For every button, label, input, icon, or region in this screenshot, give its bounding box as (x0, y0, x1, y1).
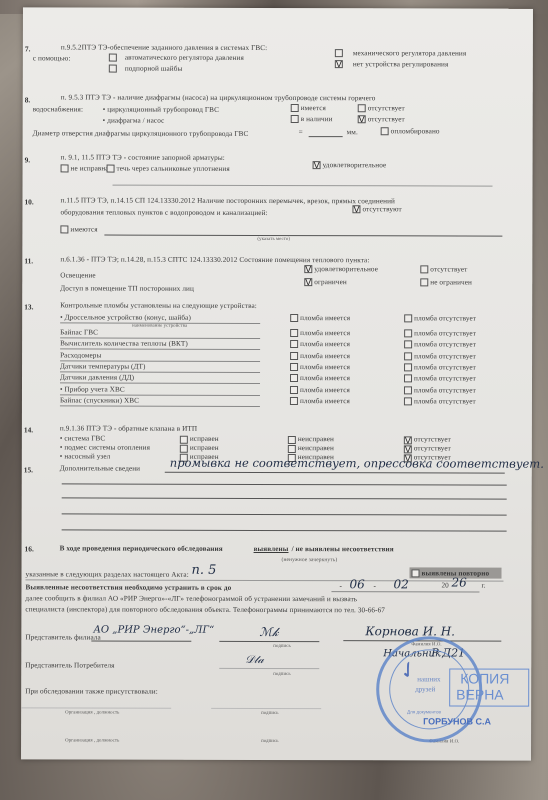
checkbox-diaphragm-absent[interactable] (358, 115, 366, 123)
branch-org-line (91, 641, 191, 642)
device-label: Датчики давления (ДД) (60, 373, 134, 381)
label-diaphragm-present: в наличии (301, 115, 333, 123)
section-16-title-a: В ходе проведения периодического обследо… (60, 544, 223, 552)
label-valve-faulty: неисправен (298, 444, 334, 452)
label-pipe-present: имеется (301, 104, 326, 112)
device-hint: наименование устройства (132, 324, 187, 329)
checkbox-seal-present[interactable] (290, 397, 298, 405)
section-14-title: п.9.1.36 ПТЭ ТЭ - обратные клапана в ИТП (60, 424, 197, 432)
section-8-number: 8. (25, 95, 31, 104)
divider (113, 185, 493, 187)
label-seal-present: пломба имеется (300, 363, 350, 371)
label-connections-absent: отсутствуют (362, 205, 401, 213)
section-11-title: п.6.1.36 - ПТЭ ТЭ; п.14.28, п.15.3 СПТС … (60, 255, 369, 264)
deadline-dash-2: - (373, 582, 376, 590)
label-no-regulation: нет устройства регулирования (353, 60, 449, 68)
section-10-number: 10. (24, 197, 33, 206)
label-seal-absent: пломба отсутствует (414, 340, 476, 348)
sections-line (25, 579, 503, 581)
checkbox-seal-present[interactable] (290, 363, 298, 371)
device-label: Расходомеры (60, 351, 101, 359)
section-8-title: п. 9.5.3 ПТЭ ТЭ - наличие диафрагмы (нас… (61, 93, 376, 102)
checkbox-lighting-ok[interactable] (304, 265, 312, 273)
diameter-field[interactable] (309, 136, 343, 137)
label-faulty: не исправна (71, 164, 109, 172)
checkbox-seal-absent[interactable] (404, 374, 412, 382)
label-valve-absent: отсутствует (414, 435, 451, 443)
branch-rep-label: Представитель филиала (25, 633, 100, 641)
checkbox-seal-absent[interactable] (404, 397, 412, 405)
deadline-month[interactable]: 02 (393, 577, 408, 591)
copy-line-2: ВЕРНА (456, 686, 504, 702)
attendee-sign-line-1 (211, 708, 321, 709)
additional-info-handwritten[interactable]: промывка не соответствует, опрессовка со… (170, 456, 544, 471)
deadline-label: Выявленные несоответствия необходимо уст… (25, 583, 231, 592)
label-seal-absent: пломба отсутствует (414, 374, 476, 382)
section-9-title: п. 9.1, 11.5 ПТЭ ТЭ - состояние запорной… (61, 153, 225, 161)
checkbox-diaphragm-present[interactable] (291, 115, 299, 123)
stamp-center-2: друзей (415, 685, 435, 693)
checkbox-seal-present[interactable] (290, 374, 298, 382)
checkbox-gland-leak[interactable] (107, 165, 115, 173)
label-seal-absent: пломба отсутствует (414, 386, 476, 394)
additional-line-1 (165, 472, 505, 474)
strike-hint: (ненужное зачеркнуть) (282, 557, 338, 563)
label-valve-ok: исправен (190, 444, 219, 452)
device-label: • Прибор учета ХВС (60, 385, 125, 393)
label-valve-absent: отсутствует (414, 444, 451, 452)
checkbox-valve-absent[interactable] (404, 436, 412, 444)
device-underline (60, 348, 260, 350)
label-seal-absent: пломба отсутствует (414, 363, 476, 371)
label-seal-absent: пломба отсутствует (414, 352, 476, 360)
label-valve-faulty: неисправен (298, 435, 334, 443)
notice-line-2: специалиста (инспектора) для повторного … (25, 605, 385, 614)
also-present-label: При обследовании также присутствовали: (25, 687, 158, 695)
section-8-prefix: водоснабжения: (33, 105, 83, 113)
checkbox-pipe-absent[interactable] (358, 104, 366, 112)
checkbox-seal-present[interactable] (290, 352, 298, 360)
label-access-unlimited: не ограничен (430, 278, 472, 286)
label-seal-present: пломба имеется (300, 340, 350, 348)
deadline-dash: - (339, 582, 342, 590)
checkbox-mechanical-regulator[interactable] (335, 49, 343, 57)
checkbox-no-regulation[interactable] (335, 60, 343, 68)
label-valve-ok: исправен (190, 435, 219, 443)
section-7-prefix: с помощью: (33, 54, 71, 62)
checkbox-seal-absent[interactable] (404, 386, 412, 394)
valve-label: • подмес системы отопления (60, 443, 150, 451)
copy-certified-box: КОПИЯ ВЕРНА (449, 668, 529, 706)
deadline-year-prefix: 20 (441, 581, 448, 589)
section-10-title: п.11.5 ПТЭ ТЭ, п.14.15 СП 124.13330.2012… (60, 196, 395, 205)
consumer-sign-hint: подпись (273, 672, 290, 677)
copy-line-1: КОПИЯ (460, 670, 509, 686)
sections-label: указанные в следующих разделах настоящег… (25, 570, 188, 578)
section-16-found: выявлены (254, 545, 289, 553)
seal-devices-list: • Дроссельное устройство (конус, шайба)п… (23, 7, 533, 8)
label-support-washer: подпорной шайбы (125, 65, 183, 73)
branch-sign-hint: подпись (273, 644, 290, 649)
sections-value[interactable]: п. 5 (191, 563, 216, 578)
label-seal-present: пломба имеется (300, 314, 350, 322)
device-label: Байпас (спускники) ХВС (60, 396, 139, 404)
section-16-number: 16. (25, 544, 34, 553)
checkbox-seal-absent[interactable] (404, 329, 412, 337)
checkbox-seal-absent[interactable] (404, 314, 412, 322)
label-access: Доступ в помещение ТП посторонних лиц (60, 284, 194, 292)
checkbox-seal-present[interactable] (290, 386, 298, 394)
inspection-act-page: 7. п.9.5.2ПТЭ ТЭ-обеспечение заданного д… (21, 7, 533, 760)
section-7-number: 7. (25, 44, 31, 53)
device-underline (60, 405, 260, 407)
checkbox-seal-absent[interactable] (404, 340, 412, 348)
valve-label: • насосный узел (60, 452, 111, 460)
label-satisfactory: удовлетворительное (323, 161, 387, 169)
additional-line-2 (62, 483, 507, 485)
section-10-line2: оборудования тепловых пунктов с водопров… (60, 208, 267, 217)
branch-rep-name[interactable]: Корнова И. Н. (365, 624, 455, 638)
device-label: Датчики температуры (ДТ) (60, 362, 146, 370)
checkbox-lighting-absent[interactable] (420, 265, 428, 273)
copy-name: ГОРБУНОВ С.А (423, 716, 491, 726)
sign-hint-2: подпись (261, 739, 278, 744)
label-seal-present: пломба имеется (300, 329, 350, 337)
diameter-eq: = (299, 128, 303, 136)
label-circulation-pipe: • циркуляционный трубопровод ГВС (103, 106, 219, 114)
label-access-limited: ограничен (314, 278, 347, 286)
sign-hint-1: подпись (261, 711, 278, 716)
device-label: • Дроссельное устройство (конус, шайба) (60, 313, 191, 321)
label-gland-leak: течь через сальниковые уплотнения (117, 165, 230, 173)
consumer-sign-line (219, 668, 319, 669)
device-underline (60, 382, 260, 384)
section-13-title: Контрольные пломбы установлены на следую… (60, 301, 257, 310)
checkbox-valve-faulty[interactable] (288, 436, 296, 444)
checkbox-repeat[interactable] (411, 569, 419, 577)
notice-line-1: далее сообщить в филиал АО «РИР Энерго»-… (25, 594, 357, 603)
deadline-line (331, 591, 479, 592)
org-hint-1: Организация , должность (65, 710, 119, 715)
label-mechanical-regulator: механического регулятора давления (353, 49, 466, 57)
section-13-number: 13. (24, 302, 33, 311)
attendee-org-line-1 (21, 707, 171, 708)
label-diaphragm-pump: • диафрагма / насос (103, 117, 165, 125)
checkbox-valve-absent[interactable] (404, 445, 412, 453)
checkbox-seal-present[interactable] (290, 329, 298, 337)
additional-line-5 (62, 529, 507, 531)
section-15-number: 15. (24, 465, 33, 474)
consumer-signature[interactable]: 𝒟𝓉𝒶 (245, 653, 264, 667)
section-15-title: Дополнительные сведени (60, 464, 140, 472)
checkbox-sealed[interactable] (381, 127, 389, 135)
label-seal-absent: пломба отсутствует (414, 329, 476, 337)
diameter-label: Диаметр отверстия диафрагмы циркуляционн… (33, 129, 249, 138)
checkbox-access-limited[interactable] (304, 278, 312, 286)
section-9-number: 9. (25, 155, 31, 164)
label-diaphragm-absent: отсутствует (368, 115, 405, 123)
checkbox-valve-ok[interactable] (180, 445, 188, 453)
checkbox-support-washer[interactable] (109, 65, 117, 73)
additional-line-3 (62, 497, 507, 499)
label-seal-present: пломба имеется (300, 386, 350, 394)
checkbox-seal-absent[interactable] (404, 363, 412, 371)
check-valves-list: • система ГВСисправеннеисправенотсутству… (23, 7, 533, 8)
additional-line-4 (62, 513, 507, 515)
label-seal-present: пломба имеется (300, 374, 350, 382)
device-label: Вычислитель количества теплоты (ВКТ) (60, 339, 188, 347)
valve-label: • система ГВС (60, 434, 105, 442)
section-16-title-c: / не выявлены несоответствия (292, 545, 394, 553)
deadline-day[interactable]: 06 (349, 577, 364, 591)
label-lighting-ok: удовлетворительное (314, 265, 378, 273)
checkbox-connections-absent[interactable] (352, 205, 360, 213)
label-seal-present: пломба имеется (300, 352, 350, 360)
label-pipe-absent: отсутствует (368, 104, 405, 112)
checkbox-faulty[interactable] (61, 164, 69, 172)
checkbox-valve-faulty[interactable] (288, 445, 296, 453)
checkbox-auto-regulator[interactable] (109, 54, 117, 62)
checkbox-connections-present[interactable] (60, 225, 68, 233)
checkbox-seal-absent[interactable] (404, 352, 412, 360)
place-hint: (указать место) (257, 237, 290, 242)
device-label: Байпас ГВС (60, 328, 98, 336)
stamp-bottom: Для документов (407, 709, 441, 714)
label-seal-absent: пломба отсутствует (414, 397, 476, 405)
label-seal-absent: пломба отсутствует (414, 314, 476, 322)
checkbox-satisfactory[interactable] (313, 161, 321, 169)
deadline-year[interactable]: 26 (451, 575, 466, 589)
checkbox-access-unlimited[interactable] (420, 278, 428, 286)
label-auto-regulator: автоматического регулятора давления (125, 54, 244, 62)
section-14-number: 14. (24, 425, 33, 434)
org-hint-2: Организация , должность (65, 738, 119, 743)
checkbox-seal-present[interactable] (290, 340, 298, 348)
label-connections-present: имеются (70, 225, 97, 233)
branch-signature[interactable]: ℳ𝓀 (259, 625, 278, 640)
branch-sign-line (219, 641, 319, 642)
label-sealed: опломбировано (391, 127, 440, 135)
checkbox-seal-present[interactable] (290, 314, 298, 322)
branch-rep-org[interactable]: АО „РИР Энерго“-„ЛГ“ (93, 625, 214, 636)
section-7-title: п.9.5.2ПТЭ ТЭ-обеспечение заданного давл… (61, 43, 267, 52)
label-lighting-absent: отсутствует (430, 265, 467, 273)
diameter-unit: мм. (347, 128, 358, 136)
checkbox-valve-ok[interactable] (180, 436, 188, 444)
checkbox-pipe-present[interactable] (291, 104, 299, 112)
place-field[interactable] (104, 235, 502, 237)
section-11-number: 11. (24, 256, 33, 265)
label-lighting: Освещение (60, 271, 95, 279)
label-seal-present: пломба имеется (300, 397, 350, 405)
consumer-rep-label: Представитель Потребителя (25, 661, 114, 669)
deadline-suffix: г. (481, 582, 485, 590)
